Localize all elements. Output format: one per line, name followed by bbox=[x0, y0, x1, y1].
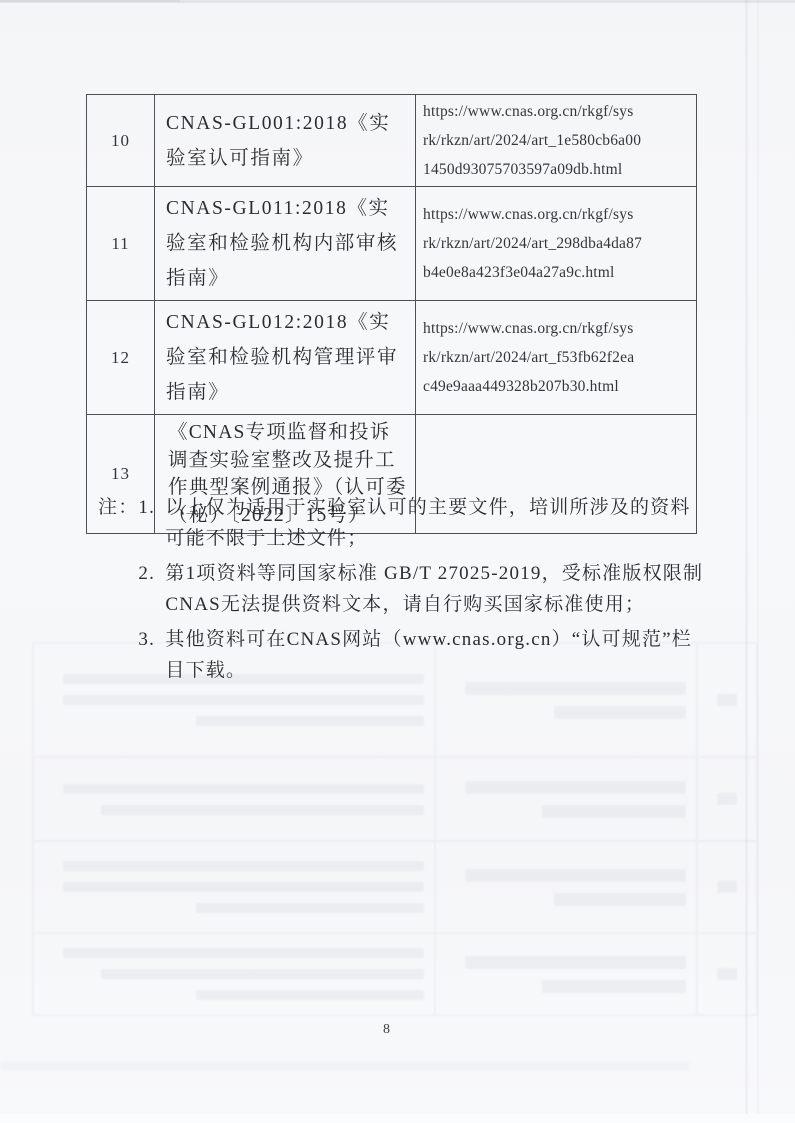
ghost-table bbox=[32, 642, 758, 1016]
row-number: 11 bbox=[87, 187, 155, 301]
scan-edge-top-dark bbox=[0, 0, 180, 2]
note-text: 其他资料可在CNAS网站（www.cnas.org.cn）“认可规范”栏目下载。 bbox=[165, 624, 704, 686]
page-number: 8 bbox=[383, 1022, 391, 1038]
notes-label: 注： bbox=[98, 492, 138, 690]
note-number: 2. bbox=[138, 558, 165, 620]
ghost-row bbox=[34, 756, 756, 840]
row-number: 10 bbox=[87, 95, 155, 187]
url-line: rk/rkzn/art/2024/art_1e580cb6a00 bbox=[423, 126, 694, 155]
note-text: 第1项资料等同国家标准 GB/T 27025-2019，受标准版权限制CNAS无… bbox=[165, 558, 704, 620]
url-line: rk/rkzn/art/2024/art_f53fb62f2ea bbox=[423, 343, 694, 372]
scan-line-artifact bbox=[757, 0, 759, 1123]
url-line: https://www.cnas.org.cn/rkgf/sys bbox=[423, 200, 694, 229]
note-item: 2. 第1项资料等同国家标准 GB/T 27025-2019，受标准版权限制CN… bbox=[138, 558, 704, 620]
scan-edge-bottom bbox=[0, 1114, 795, 1123]
document-url: https://www.cnas.org.cn/rkgf/sys rk/rkzn… bbox=[416, 312, 696, 403]
table-row: 10 CNAS-GL001:2018《实验室认可指南》 https://www.… bbox=[87, 95, 697, 187]
url-line: rk/rkzn/art/2024/art_298dba4da87 bbox=[423, 229, 694, 258]
document-url: https://www.cnas.org.cn/rkgf/sys rk/rkzn… bbox=[416, 95, 696, 186]
url-line: 1450d93075703597a09db.html bbox=[423, 155, 694, 184]
notes-section: 注： 1. 以上仅为适用于实验室认可的主要文件，培训所涉及的资料可能不限于上述文… bbox=[98, 492, 704, 690]
bleedthrough-smudge bbox=[0, 1062, 690, 1071]
document-title: CNAS-GL011:2018《实验室和检验机构内部审核指南》 bbox=[155, 187, 415, 300]
ghost-row bbox=[34, 932, 756, 1014]
note-number: 3. bbox=[138, 624, 165, 686]
document-title: CNAS-GL012:2018《实验室和检验机构管理评审指南》 bbox=[155, 301, 415, 414]
row-number: 12 bbox=[87, 301, 155, 415]
table-row: 11 CNAS-GL011:2018《实验室和检验机构内部审核指南》 https… bbox=[87, 187, 697, 301]
url-line: c49e9aaa449328b207b30.html bbox=[423, 372, 694, 401]
document-title: CNAS-GL001:2018《实验室认可指南》 bbox=[155, 102, 415, 180]
url-line: https://www.cnas.org.cn/rkgf/sys bbox=[423, 314, 694, 343]
note-item: 1. 以上仅为适用于实验室认可的主要文件，培训所涉及的资料可能不限于上述文件； bbox=[138, 492, 704, 554]
document-url: https://www.cnas.org.cn/rkgf/sys rk/rkzn… bbox=[416, 198, 696, 289]
reference-documents-table: 10 CNAS-GL001:2018《实验室认可指南》 https://www.… bbox=[86, 94, 697, 534]
scan-line-artifact bbox=[745, 0, 748, 1123]
scanned-document-page: 10 CNAS-GL001:2018《实验室认可指南》 https://www.… bbox=[0, 0, 795, 1123]
note-number: 1. bbox=[138, 492, 165, 554]
bleedthrough-ghost-layer bbox=[36, 642, 758, 1012]
note-item: 3. 其他资料可在CNAS网站（www.cnas.org.cn）“认可规范”栏目… bbox=[138, 624, 704, 686]
ghost-row bbox=[34, 840, 756, 932]
note-text: 以上仅为适用于实验室认可的主要文件，培训所涉及的资料可能不限于上述文件； bbox=[165, 492, 704, 554]
table-row: 12 CNAS-GL012:2018《实验室和检验机构管理评审指南》 https… bbox=[87, 301, 697, 415]
url-line: https://www.cnas.org.cn/rkgf/sys bbox=[423, 97, 694, 126]
url-line: b4e0e8a423f3e04a27a9c.html bbox=[423, 258, 694, 287]
